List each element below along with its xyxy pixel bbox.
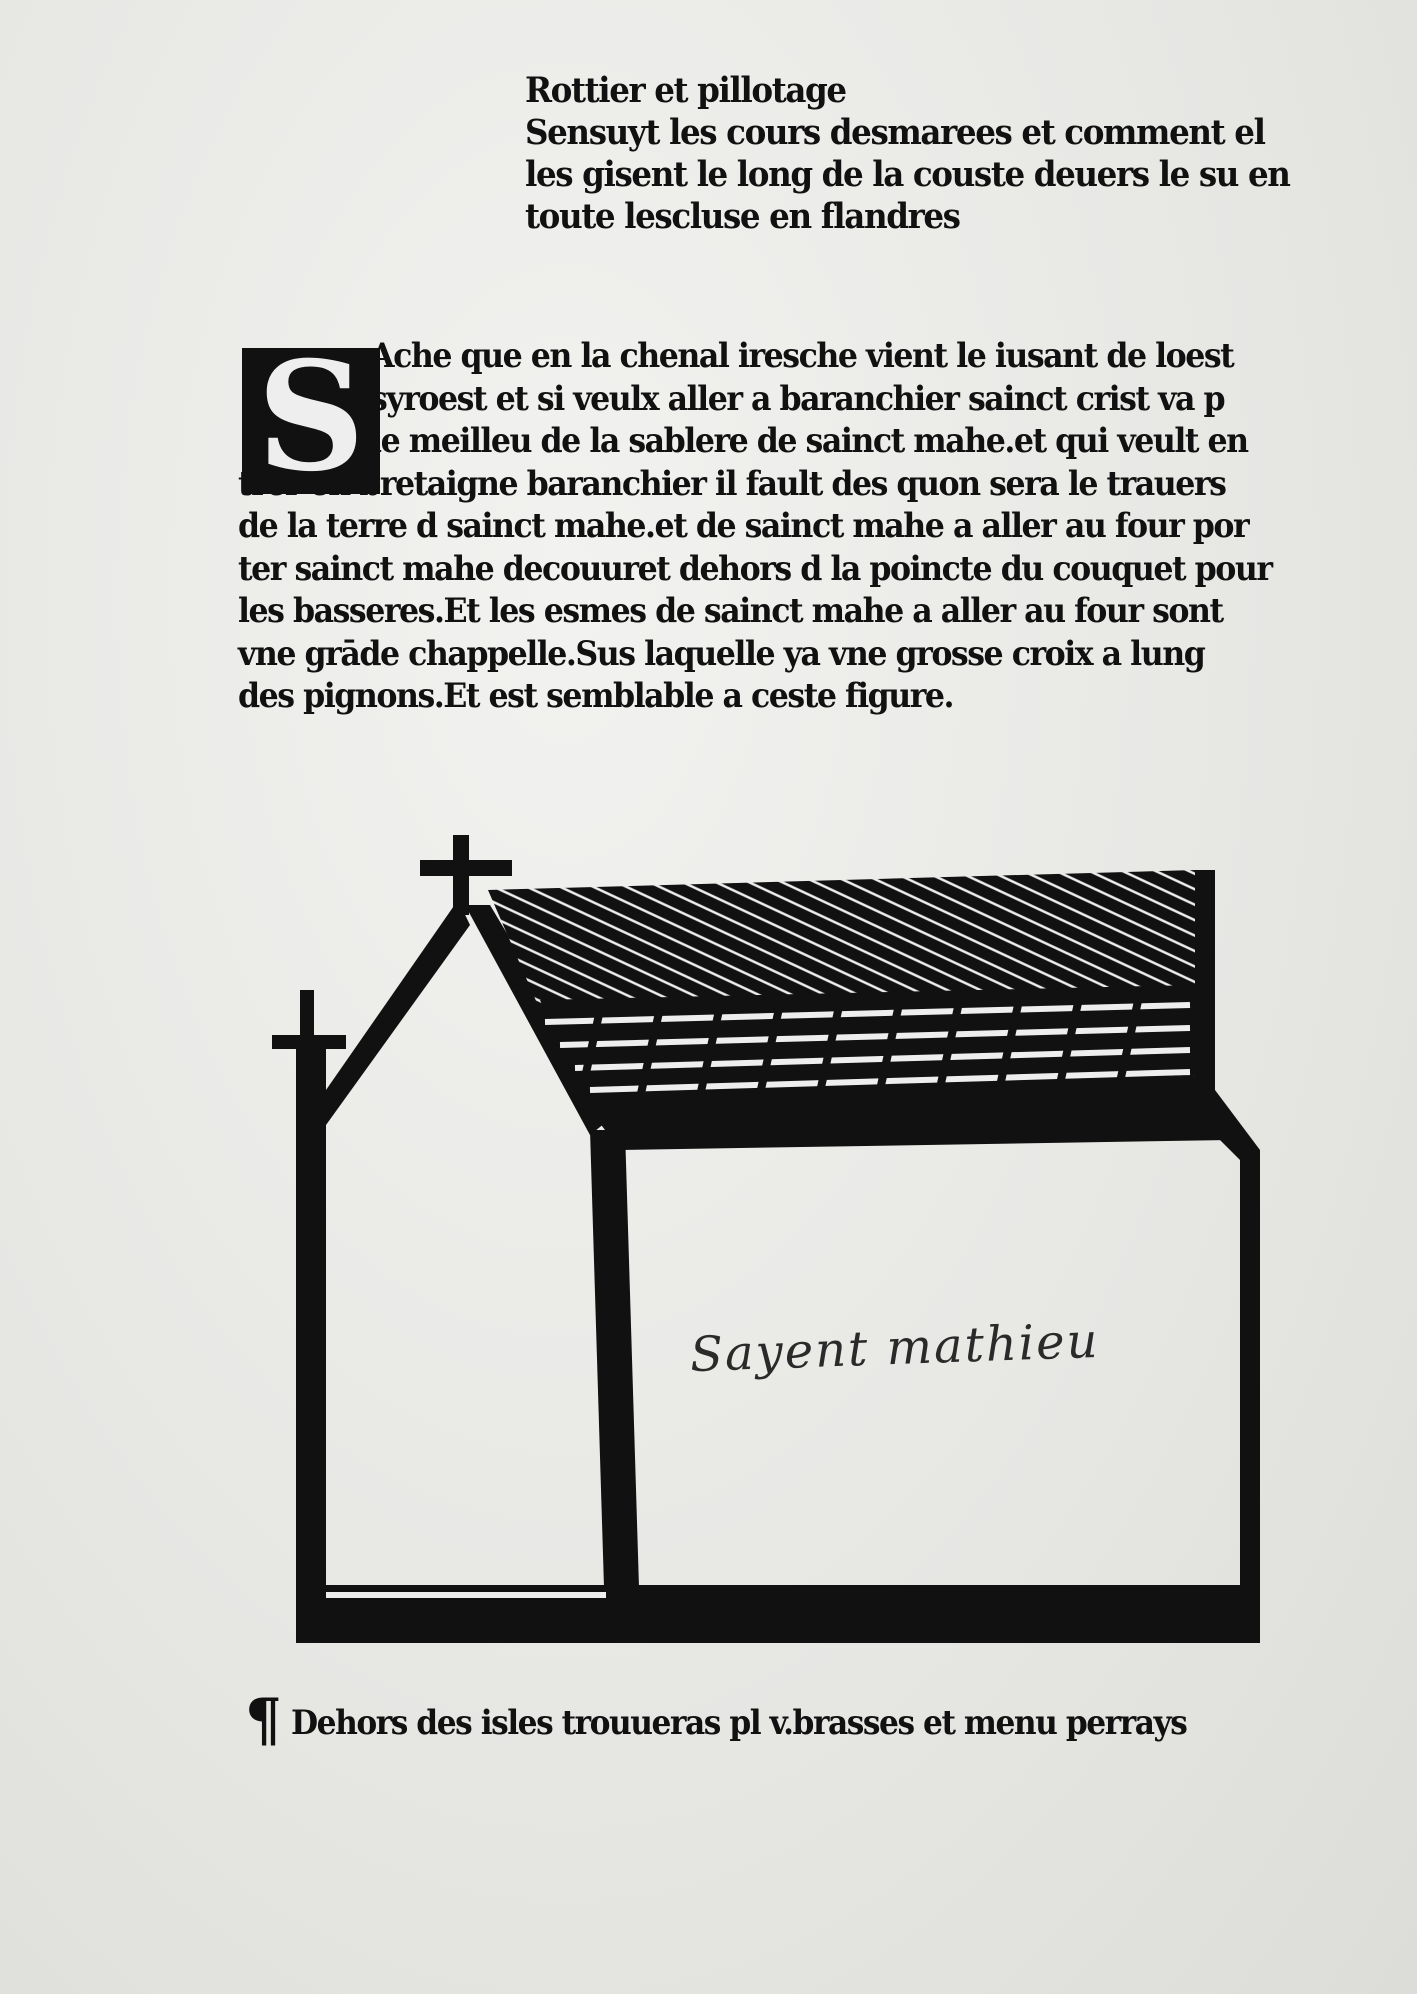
chapel-woodcut bbox=[260, 830, 1290, 1660]
body-line: trer en bretaigne baranchier il fault de… bbox=[238, 463, 1261, 506]
body-paragraph: Ache que en la chenal iresche vient le i… bbox=[238, 335, 1338, 718]
body-line: ter sainct mahe decouuret dehors d la po… bbox=[238, 548, 1261, 591]
body-line: le meilleu de la sablere de sainct mahe.… bbox=[238, 420, 1261, 463]
body-line: les basseres.Et les esmes de sainct mahe… bbox=[238, 590, 1261, 633]
body-line: Ache que en la chenal iresche vient le i… bbox=[238, 335, 1261, 378]
body-line: de la terre d sainct mahe.et de sainct m… bbox=[238, 505, 1261, 548]
header-line: Sensuyt les cours desmarees et comment e… bbox=[525, 112, 1288, 154]
footer-text: Dehors des isles trouueras pl v.brasses … bbox=[291, 1703, 1186, 1743]
small-cross-icon bbox=[272, 990, 346, 1050]
footer-line: ¶ Dehors des isles trouueras pl v.brasse… bbox=[245, 1686, 1264, 1754]
header-line: toute lescluse en flandres bbox=[525, 196, 1288, 238]
header-line: les gisent le long de la couste deuers l… bbox=[525, 154, 1288, 196]
pilcrow-icon: ¶ bbox=[245, 1686, 282, 1754]
body-line: vne grāde chappelle.Sus laquelle ya vne … bbox=[238, 633, 1261, 676]
bleed-through-text bbox=[230, 130, 236, 157]
body-line: syroest et si veulx aller a baranchier s… bbox=[238, 378, 1261, 421]
page-header: Rottier et pillotage Sensuyt les cours d… bbox=[525, 70, 1345, 238]
header-title: Rottier et pillotage bbox=[525, 70, 1288, 112]
body-line: des pignons.Et est semblable a ceste fig… bbox=[238, 675, 1261, 718]
